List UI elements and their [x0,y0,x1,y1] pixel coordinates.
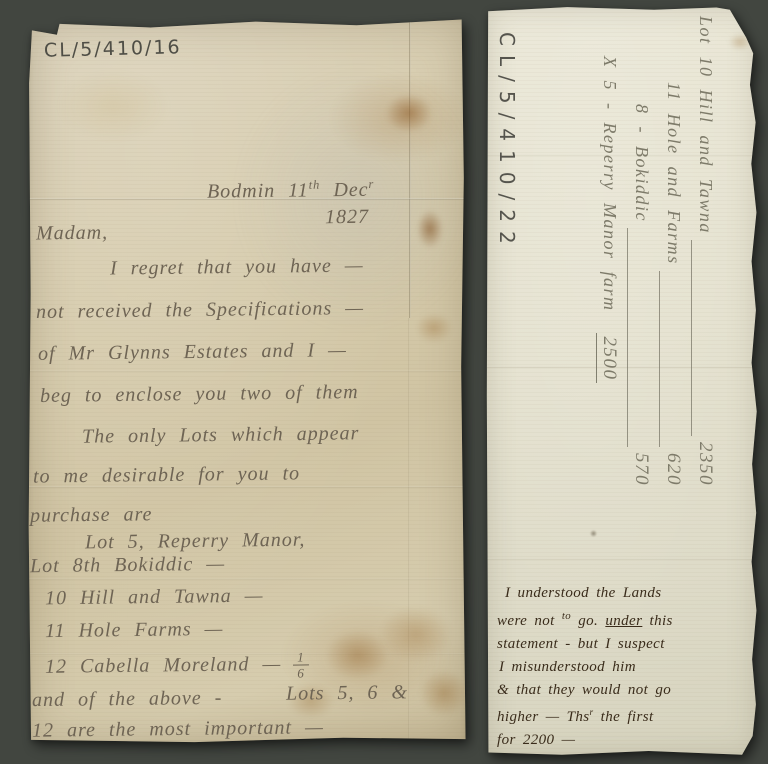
fold-crease [28,370,466,372]
dateline: Bodmin 11th Decr [207,177,375,204]
price-list: Lot 10 Hill and Tawna2350 11 Hole and Fa… [588,16,716,486]
memo-text: the first [594,709,654,725]
stain [380,606,452,662]
letter-paper: CL/5/410/16 Bodmin 11th Decr 1827 Madam,… [28,18,466,745]
stain [729,34,751,50]
price-label: Lot 10 Hill and Tawna [695,16,716,234]
price-rule [659,271,684,447]
memo-text: were not [497,613,555,629]
stain [417,210,443,248]
price-value: 570 [630,453,652,486]
closing-line: 12 are the most important — [32,716,324,743]
price-label: 8 - Bokiddic [631,104,652,222]
letter-document: CL/5/410/16 Bodmin 11th Decr 1827 Madam,… [28,18,466,745]
memo-text: this [650,613,673,629]
note-document: CL/5/410/22 Lot 10 Hill and Tawna2350 11… [486,6,757,757]
fold-crease [408,318,410,745]
memo-text: go. [578,613,598,629]
letter-line: beg to enclose you two of them [40,381,359,408]
letter-line: not received the Specifications — [36,297,364,324]
letter-line: I regret that you have — [110,254,364,280]
stain [590,530,597,537]
archive-reference: CL/5/410/22 [495,32,519,342]
price-row: Lot 10 Hill and Tawna2350 [684,16,716,486]
dateline-month: Dec [320,179,368,202]
memo-line: & that they would not go [497,679,749,702]
price-rule [691,240,716,436]
date-year: 1827 [325,206,369,230]
lot-line: 11 Hole Farms — [45,618,224,643]
stain [420,670,468,716]
price-row: X 5 - Reperry Manor farm2500 [588,16,620,486]
stain [56,70,171,142]
fold-crease [28,578,466,580]
dateline-day-suffix: th [309,178,321,192]
archive-reference: CL/5/410/16 [44,36,182,62]
fraction-numerator: 1 [297,650,305,664]
dateline-month-suffix: r [368,177,374,191]
closing-line: and of the above - [32,687,223,712]
note-paper: CL/5/410/22 Lot 10 Hill and Tawna2350 11… [486,6,757,757]
closing-line: Lots 5, 6 & [286,681,408,705]
lot-line: 12 Cabella Moreland —16 [45,650,309,683]
lot-line: 10 Hill and Tawna — [45,585,264,611]
stain [326,630,388,680]
fold-crease [486,558,757,560]
price-value: 2350 [694,442,716,486]
lot-line: Lot 5, Reperry Manor, [85,529,306,555]
underlined-word: under [605,613,642,629]
stain [328,73,468,163]
inserted-word: to [562,610,571,622]
memo-text: higher — Ths [497,709,589,725]
letter-line: to me desirable for you to [33,462,300,488]
archive-scan: CL/5/410/16 Bodmin 11th Decr 1827 Madam,… [0,0,768,764]
price-value: 620 [662,453,684,486]
fraction-one-sixth: 16 [293,650,309,679]
price-row: 11 Hole and Farms620 [652,16,684,486]
stain [416,313,452,343]
price-label: X 5 - Reperry Manor farm [599,56,620,311]
ink-memo: I understood the Lands were not to go. u… [497,582,749,752]
price-label: 11 Hole and Farms [663,82,684,265]
memo-line: statement - but I suspect [497,633,749,656]
memo-line: were not to go. under this [497,605,749,633]
stain [386,94,432,132]
letter-line: of Mr Glynns Estates and I — [38,339,347,366]
lot-line-text: 12 Cabella Moreland — [45,653,282,678]
memo-line: higher — Thsr the first [497,702,749,729]
letter-line: The only Lots which appear [82,422,360,448]
price-rule [595,317,620,327]
price-row: 8 - Bokiddic570 [620,16,652,486]
fraction-denominator: 6 [293,664,309,680]
memo-line: I understood the Lands [497,582,749,605]
price-rule [627,228,652,447]
memo-line: for 2200 — [497,729,749,752]
letter-line: purchase are [30,503,153,527]
lot-line: Lot 8th Bokiddic — [30,553,225,578]
memo-line: I misunderstood him [497,656,749,679]
price-value: 2500 [596,333,620,383]
salutation: Madam, [36,222,108,246]
fold-crease [409,18,411,318]
dateline-place-day: Bodmin 11 [207,179,309,202]
